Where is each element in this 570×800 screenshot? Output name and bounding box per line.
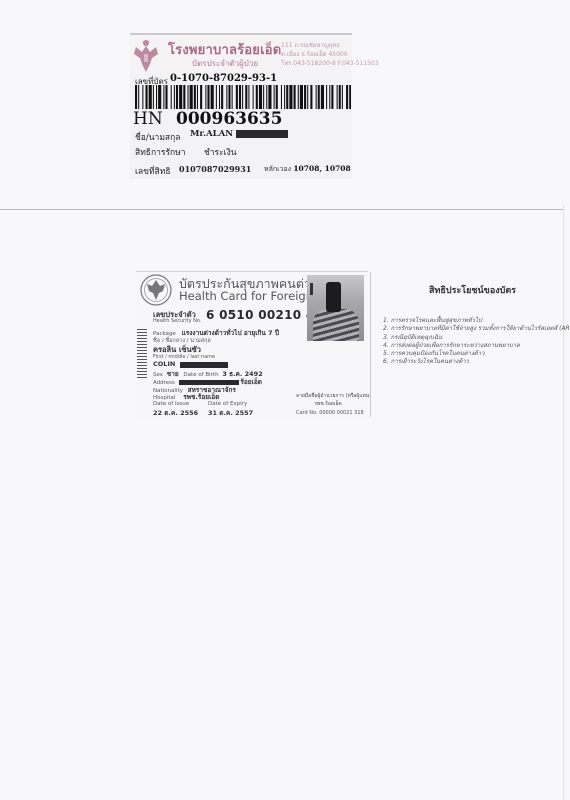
garuda-emblem-icon: [132, 38, 160, 74]
photo-face-redacted: [326, 282, 341, 312]
card-number-row: Card No. 00000 00021 318: [296, 410, 364, 416]
hospital-value: รพช.ร้อยเอ็ด: [183, 393, 219, 401]
hospital-card-header: โรงพยาบาลร้อยเอ็ด บัตรประจำตัวผู้ป่วย 11…: [130, 35, 352, 73]
address-line: ต.เมือง จ.ร้อยเอ็ด 45000: [281, 50, 379, 59]
patient-name-label: ชื่อ/นามสกุล: [135, 133, 180, 143]
benefit-item: 4. การส่งต่อผู้ป่วยเพื่อการรักษาระหว่างส…: [383, 342, 570, 350]
expiry-date-label: Date of Expiry: [208, 401, 247, 407]
benefits-title: สิทธิประโยชน์ของบัตร: [429, 283, 516, 297]
photo-body: [313, 309, 359, 341]
card-no-label: Card No.: [296, 410, 318, 416]
patient-name-value: Mr.ALAN: [190, 129, 288, 139]
issue-date-value: 22 ต.ค. 2556: [153, 409, 198, 417]
issue-date-label: Date of Issue: [153, 401, 189, 407]
address-line: โทร.043-518200-8 F.043-511503: [281, 59, 379, 68]
side-barcode-icon: [137, 329, 147, 379]
address-value: ร้อยเอ็ด: [240, 378, 262, 386]
quota-row: หลักเวอง 10708, 10708: [264, 164, 351, 175]
scan-edge-line: [563, 205, 564, 800]
photo-detail: [310, 283, 313, 295]
quota-label: หลักเวอง: [264, 165, 291, 173]
expiry-date-value: 31 ต.ค. 2557: [208, 409, 253, 417]
english-name-row: COLIN: [153, 360, 228, 368]
barcode-icon: [135, 85, 351, 109]
patient-name-row: ชื่อ/นามสกุล Mr.ALAN: [135, 130, 180, 144]
signature-title: ลายมือชื่อผู้อำนวยการ (หรือผู้แทน): [296, 392, 360, 400]
hospital-address: 111 ถ.รณชัยชาญยุทธ ต.เมือง จ.ร้อยเอ็ด 45…: [281, 41, 379, 68]
hn-value: 000963635: [176, 109, 282, 129]
signature-org: รพช.ร้อยเอ็ด: [296, 400, 360, 408]
treatment-right-label: สิทธิการรักษา: [135, 148, 186, 158]
card-no-value: 00000 00021 318: [319, 410, 364, 416]
redacted-surname: [236, 130, 288, 138]
card-subtitle: บัตรประจำตัวผู้ป่วย: [192, 57, 258, 70]
foreigner-health-card: บัตรประกันสุขภาพคนต่างด้าว Health Card f…: [136, 271, 368, 418]
treatment-right-value: ชำระเงิน: [204, 145, 237, 159]
card-fold-line: [370, 272, 371, 417]
expiry-date-row: 31 ต.ค. 2557: [208, 408, 253, 418]
issue-date-row: 22 ต.ค. 2556: [153, 408, 198, 418]
card-number-value: 0-1070-87029-93-1: [170, 73, 277, 84]
address-line: 111 ถ.รณชัยชาญยุทธ: [281, 41, 379, 50]
page-divider: [0, 209, 563, 210]
director-signature-block: ลายมือชื่อผู้อำนวยการ (หรือผู้แทน) รพช.ร…: [296, 392, 360, 408]
benefits-list: 1. การตรวจโรคและฟื้นฟูสุขภาพทั่วไป 2. กา…: [383, 317, 570, 367]
english-name-value: COLIN: [153, 360, 175, 368]
treatment-right-row: สิทธิการรักษา ชำระเงิน: [135, 145, 186, 159]
benefit-item: 6. การเฝ้าระวังโรคในคนต่างด้าว: [383, 358, 570, 366]
right-number-label: เลขที่สิทธิ: [135, 167, 171, 177]
quota-value: 10708, 10708: [293, 164, 350, 173]
hn-label: HN: [133, 109, 163, 129]
right-number-row: เลขที่สิทธิ 0107087029931: [135, 164, 171, 178]
package-value: แรงงานต่างด้าวทั่วไป อายุเกิน 7 ปี: [182, 329, 279, 337]
card-title-english: Health Card for Foreigner: [179, 289, 325, 303]
thai-name-value: ครอลิน เซ็นซัว: [153, 345, 201, 354]
patient-first-name: Mr.ALAN: [190, 129, 233, 139]
benefit-item: 3. กรณีอุบัติเหตุฉุกเฉิน: [383, 334, 570, 342]
health-security-label-english: Health Security No.: [153, 318, 201, 324]
ministry-emblem-icon: [140, 274, 172, 306]
right-number-value: 0107087029931: [179, 164, 251, 174]
hospital-patient-card: โรงพยาบาลร้อยเอ็ด บัตรประจำตัวผู้ป่วย 11…: [130, 33, 352, 179]
redacted-surname: [180, 362, 228, 368]
benefit-item: 2. การรักษาพยาบาลที่มีค่าใช้จ่ายสูง รวมท…: [383, 325, 570, 333]
cardholder-photo: [307, 275, 364, 341]
